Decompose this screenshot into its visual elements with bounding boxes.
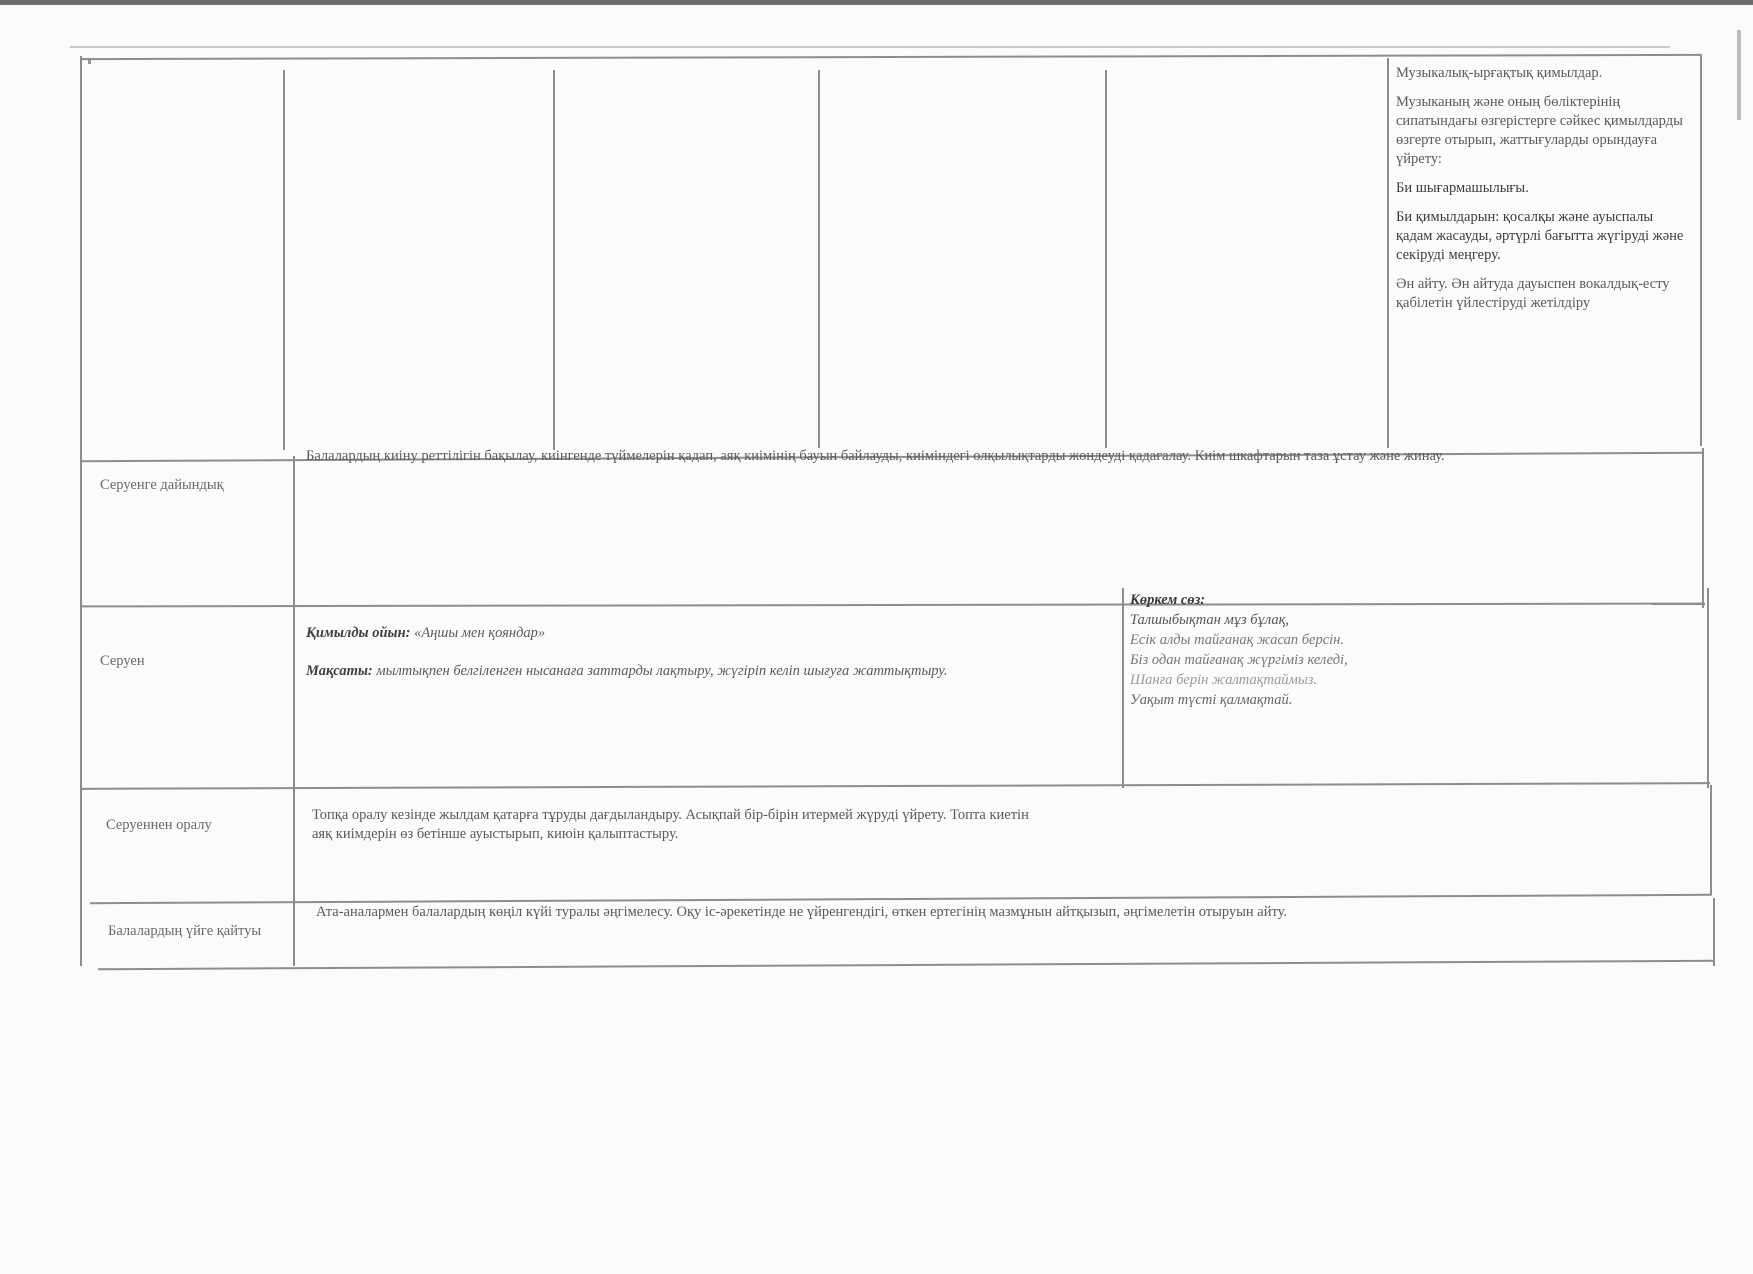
label-col-sep [293, 456, 295, 966]
game-label: Қимылды ойын: [306, 625, 410, 641]
right-border-row5 [1713, 898, 1715, 966]
scan-edge-right [1737, 30, 1741, 120]
goal-label: Мақсаты: [306, 663, 373, 679]
return-text: Топқа оралу кезінде жылдам қатарға тұруд… [312, 806, 1702, 844]
music-heading: Музыкалық-ырғақтық қимылдар. [1396, 64, 1686, 83]
return-line-2: аяқ киімдерін өз бетінше ауыстырып, киюі… [312, 825, 1702, 844]
row-label-walk-prep: Серуенге дайындық [100, 476, 280, 494]
music-para-3: Би қимылдарын: қосалқы және ауыспалы қад… [1396, 208, 1686, 265]
col-sep-4 [1105, 70, 1107, 448]
row-label-return: Серуеннен оралу [106, 816, 286, 834]
goal-text: мылтықпен белгіленген нысанаға заттарды … [376, 663, 947, 679]
poem-title: Көркем сөз: [1130, 590, 1690, 610]
poem-line: Уақыт түсті қалмақтай. [1130, 690, 1690, 710]
walk-col-sep [1122, 588, 1124, 788]
table-top-border [80, 54, 1702, 60]
poem-line: Шанға берін жалтақтаймыз. [1130, 670, 1690, 690]
col-sep-5 [1387, 58, 1389, 448]
walk-game-cell: Қимылды ойын: «Аңшы мен қояндар» Мақсаты… [306, 624, 1106, 681]
poem-line: Біз одан тайғанақ жүргіміз келеді, [1130, 650, 1690, 670]
col-sep-3 [818, 70, 820, 448]
table-bottom-border [98, 960, 1713, 970]
return-line-1: Топқа оралу кезінде жылдам қатарға тұруд… [312, 806, 1702, 825]
going-home-text: Ата-аналармен балалардың көңіл күйі тура… [316, 903, 1706, 922]
right-border-row4 [1710, 785, 1712, 895]
table-right-border-top [1700, 56, 1702, 446]
row-label-walk: Серуен [100, 652, 280, 670]
right-border-row2 [1702, 448, 1704, 608]
poem-line: Есік алды тайғанақ жасап берсін. [1130, 630, 1690, 650]
row-label-going-home: Балалардың үйге қайтуы [108, 922, 278, 940]
right-border-row3 [1707, 588, 1709, 788]
music-cell: Музыкалық-ырғақтық қимылдар. Музыканың ж… [1396, 64, 1686, 323]
music-para-4: Ән айту. Ән айтуда дауыспен вокалдық-ест… [1396, 275, 1686, 313]
scan-edge-top [0, 0, 1753, 5]
game-name: «Аңшы мен қояндар» [414, 625, 545, 641]
col-sep-1 [283, 70, 285, 450]
music-para-2: Би шығармашылығы. [1396, 179, 1686, 198]
page-rule [70, 46, 1670, 48]
row-sep-3 [80, 782, 1710, 790]
table-left-border [80, 56, 82, 966]
col-sep-2 [553, 70, 555, 450]
music-para-1: Музыканың және оның бөліктерінің сипатын… [1396, 93, 1686, 169]
walk-prep-text: Балалардың киіну реттілігін бақылау, киі… [306, 447, 1696, 466]
poem-line: Талшыбықтан мұз бұлақ, [1130, 610, 1690, 630]
poem-cell: Көркем сөз: Талшыбықтан мұз бұлақ, Есік … [1130, 590, 1690, 710]
